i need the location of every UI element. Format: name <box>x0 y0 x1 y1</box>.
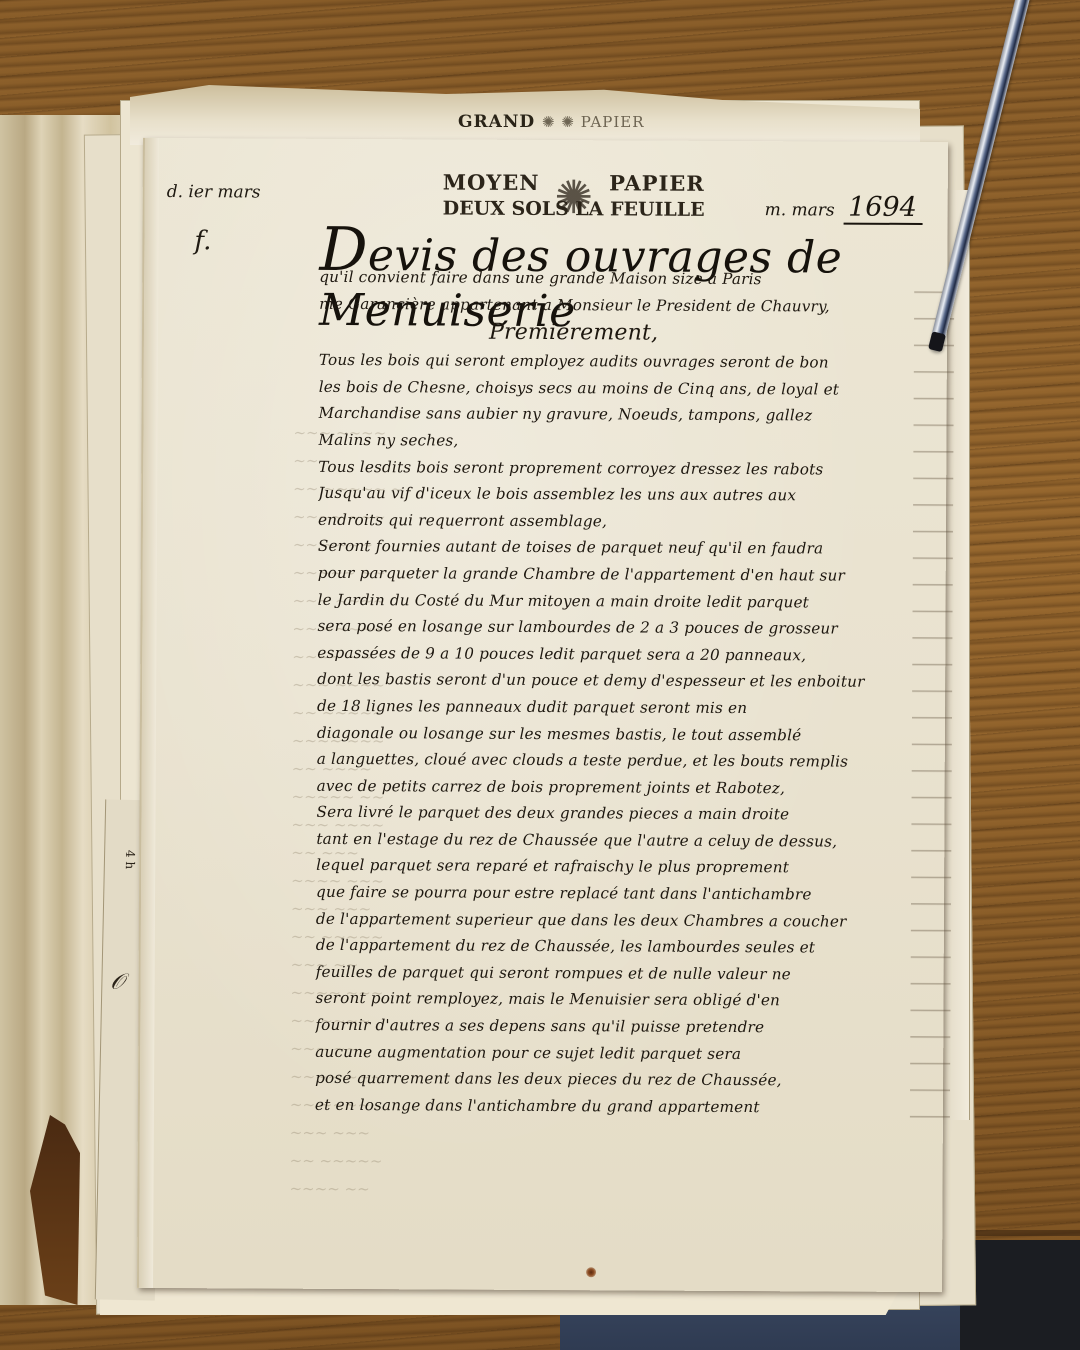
text-line: posé quarrement dans les deux pieces du … <box>315 1065 925 1095</box>
text-line: diagonale ou losange sur les mesmes bast… <box>317 719 927 749</box>
text-line: endroits qui requerront assemblage, <box>318 507 928 537</box>
text-line: de l'appartement du rez de Chaussée, les… <box>316 932 926 962</box>
section-heading: Premierement, <box>319 317 929 350</box>
header-stamp-emblem: ✺ ✺ <box>542 113 581 131</box>
text-line: tant en l'estage du rez de Chaussée que … <box>316 826 926 856</box>
text-line: de l'appartement superieur que dans les … <box>316 905 926 935</box>
stamp-moyen: MOYEN <box>443 169 540 195</box>
text-line: qu'il convient faire dans une grande Mai… <box>319 264 929 294</box>
text-line: Marchandise sans aubier ny gravure, Noeu… <box>319 400 929 430</box>
header-stamp-text: GRAND <box>458 112 535 132</box>
text-line: pour parqueter la grande Chambre de l'ap… <box>318 560 928 590</box>
manuscript-page: d. ier mars f. MOYEN PAPIER DEUX SOLS LA… <box>137 138 948 1292</box>
ink-stain <box>586 1267 596 1277</box>
text-line: Tous lesdits bois seront proprement corr… <box>318 453 928 483</box>
text-line: Tous les bois qui seront employez audits… <box>319 347 929 377</box>
text-line: Seront fournies autant de toises de parq… <box>318 533 928 563</box>
text-line: fournir d'autres a ses depens sans qu'il… <box>315 1012 925 1042</box>
page-fold <box>139 138 159 1288</box>
left-page-flourish: 𝒪 <box>110 970 124 995</box>
text-line: avec de petits carrez de bois proprement… <box>317 773 927 803</box>
text-line: le Jardin du Costé du Mur mitoyen a main… <box>318 586 928 616</box>
text-line: espassées de 9 a 10 pouces ledit parquet… <box>317 640 927 670</box>
torn-edge <box>30 1115 80 1305</box>
text-line: aucune augmentation pour ce sujet ledit … <box>315 1038 925 1068</box>
text-line: les bois de Chesne, choisys secs au moin… <box>319 374 929 404</box>
text-line: feuilles de parquet qui seront rompues e… <box>316 959 926 989</box>
text-line: que faire se pourra pour estre replacé t… <box>316 879 926 909</box>
text-line: Malins ny seches, <box>318 427 928 457</box>
margin-mark: f. <box>194 226 211 256</box>
text-line: seront point remployez, mais le Menuisie… <box>315 985 925 1015</box>
text-line: me Garancière appartenant a Monsieur le … <box>319 290 929 320</box>
text-line: lequel parquet sera reparé et rafraischy… <box>316 852 926 882</box>
left-page-ink: 4 h <box>123 850 137 869</box>
text-line: Sera livré le parquet des deux grandes p… <box>316 799 926 829</box>
text-line: dont les bastis seront d'un pouce et dem… <box>317 666 927 696</box>
manuscript-body: qu'il convient faire dans une grande Mai… <box>315 264 929 1122</box>
text-line: sera posé en losange sur lambourdes de 2… <box>317 613 927 643</box>
text-line: et en losange dans l'antichambre du gran… <box>315 1092 925 1122</box>
stamp-papier: PAPIER <box>609 170 705 196</box>
text-line: de 18 lignes les panneaux dudit parquet … <box>317 693 927 723</box>
text-line: a languettes, cloué avec clouds a teste … <box>317 746 927 776</box>
text-line: Jusqu'au vif d'iceux le bois assemblez l… <box>318 480 928 510</box>
margin-note: d. ier mars <box>167 182 261 202</box>
header-paper-stamp: GRAND ✺ ✺ PAPIER <box>458 112 645 132</box>
desk-shadow <box>960 1240 1080 1350</box>
header-stamp-faint: PAPIER <box>581 113 645 131</box>
